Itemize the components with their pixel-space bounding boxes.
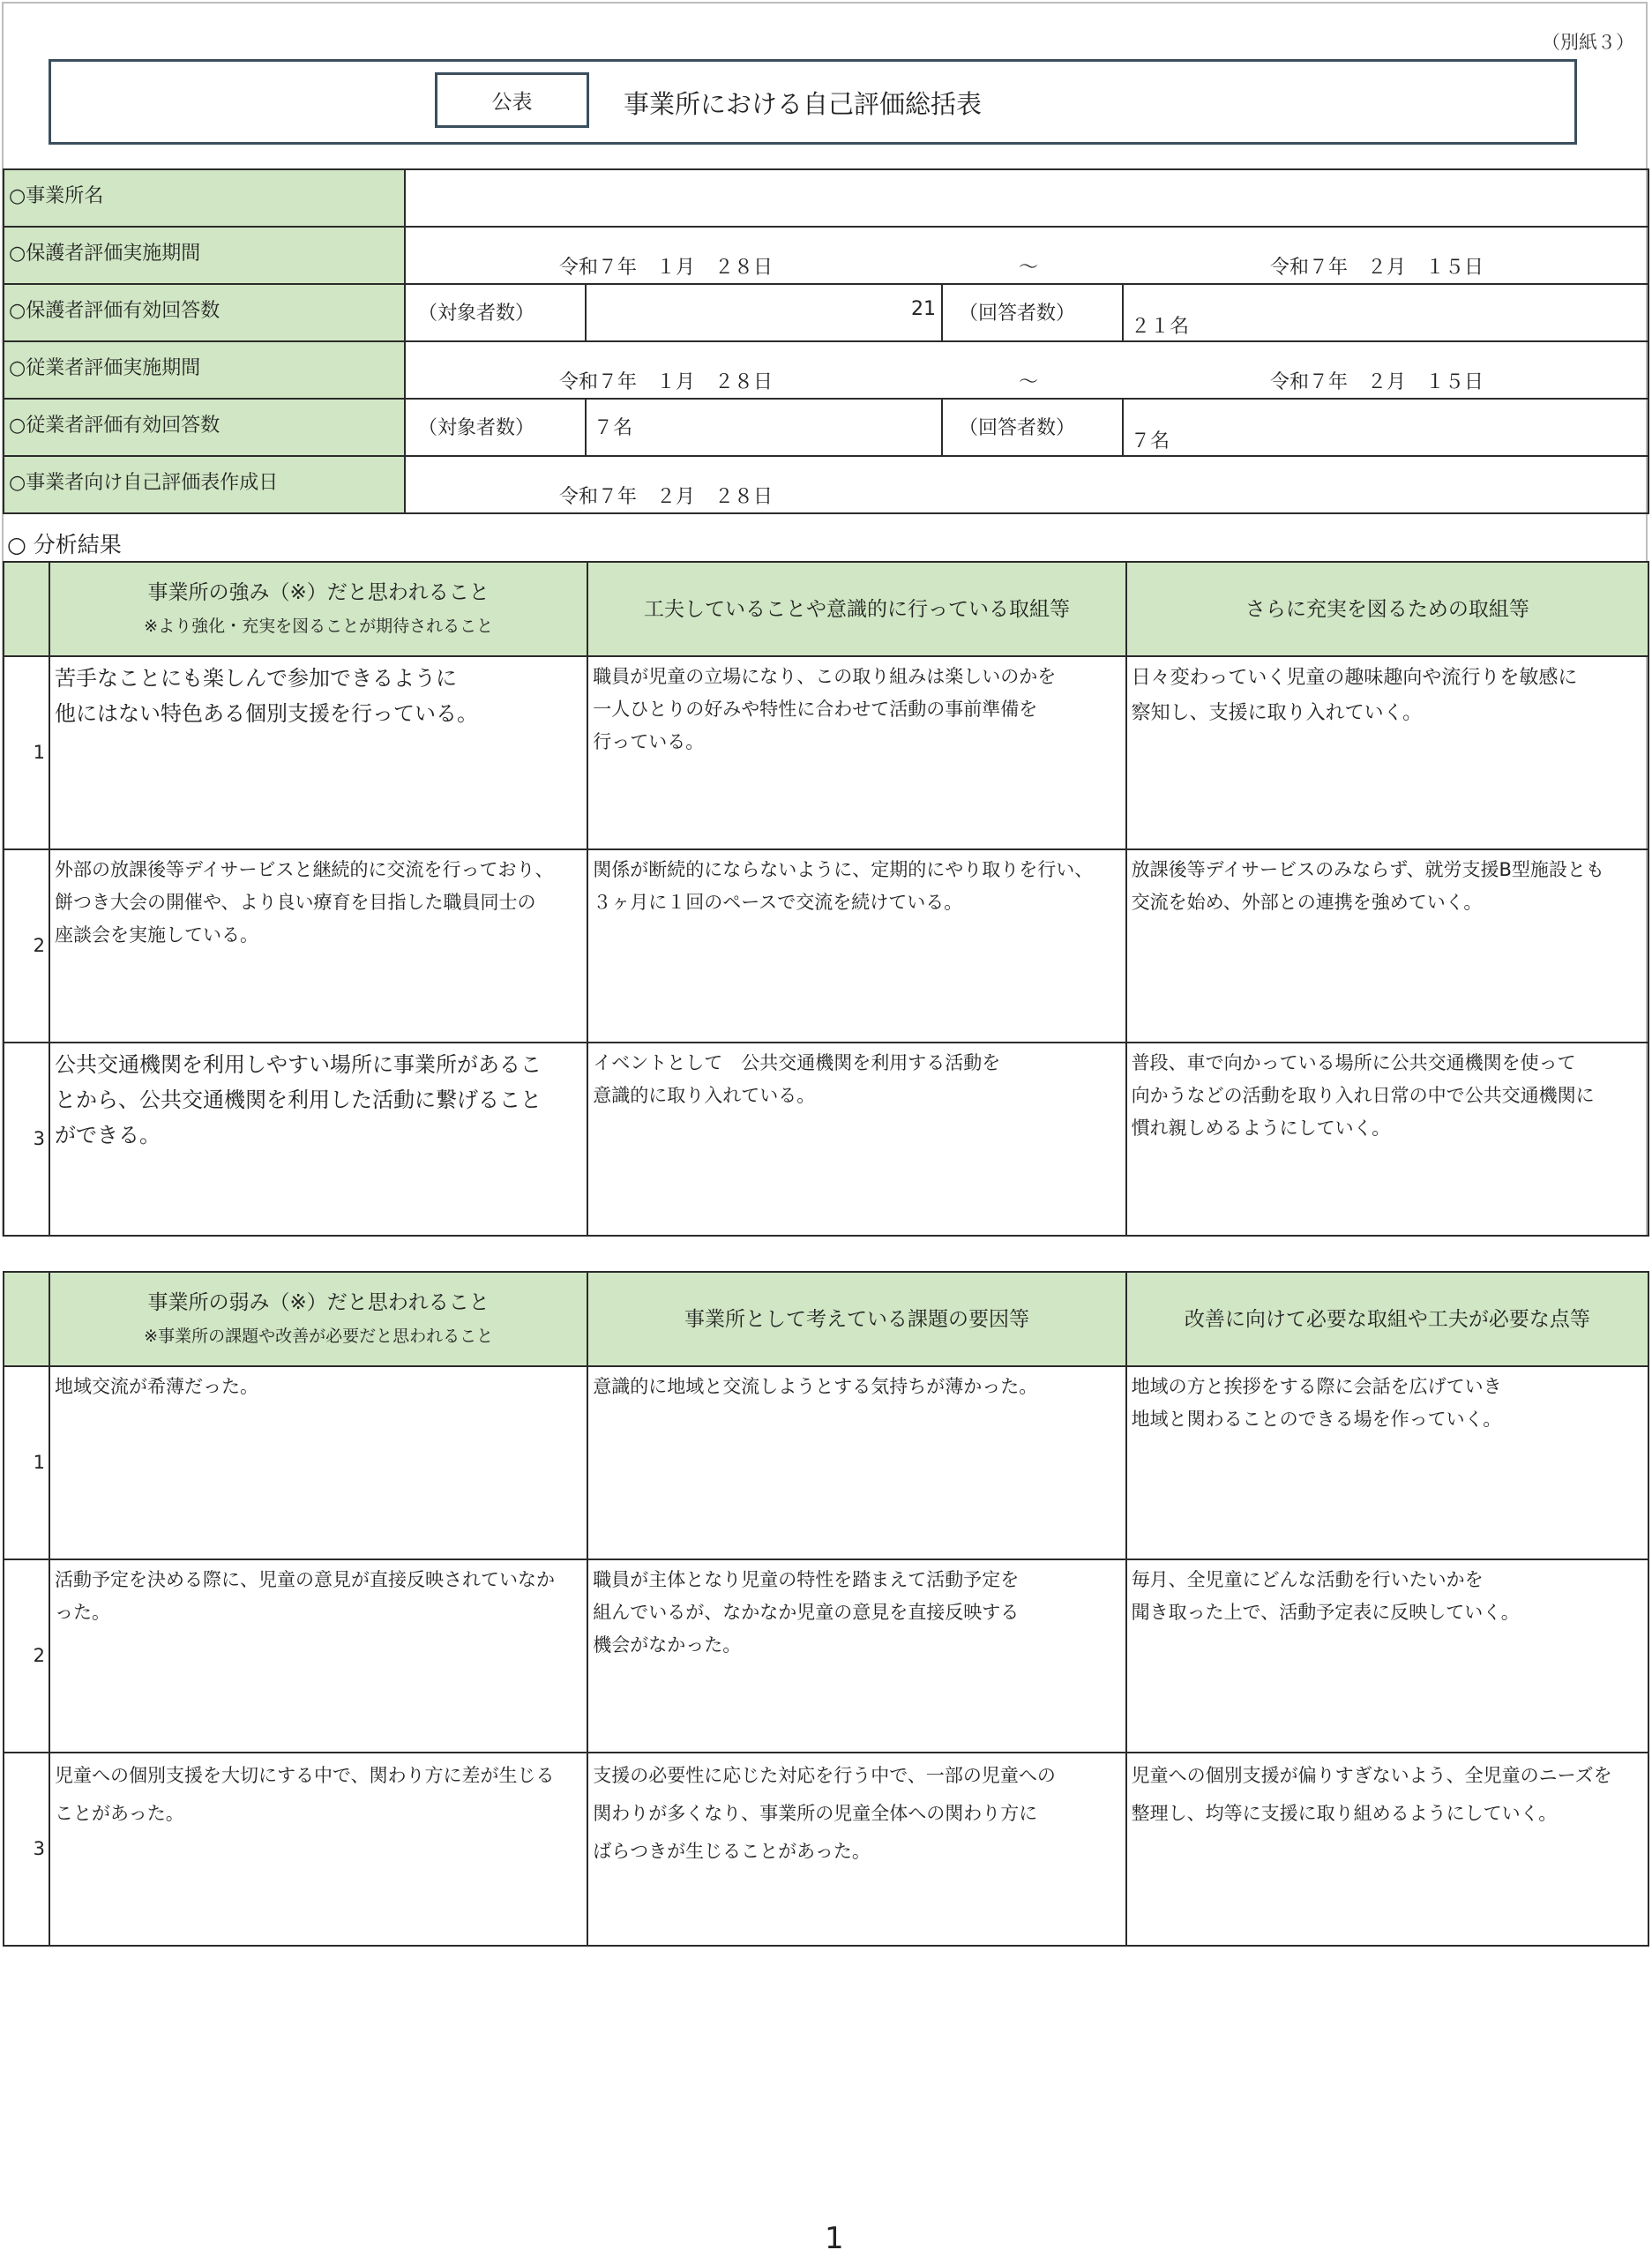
row-guardian-responses: ○保護者評価有効回答数 （対象者数） 21 （回答者数） ２１名 (4, 284, 1648, 341)
weaknesses-col3-title: 改善に向けて必要な取組や工夫が必要な点等 (1127, 1303, 1648, 1336)
row-index: 1 (4, 1366, 49, 1559)
staff-period-start: 令和７年 １月 ２８日 (559, 367, 773, 394)
row-office-name: ○事業所名 (4, 169, 1648, 227)
table-row: 1 地域交流が希薄だった。 意識的に地域と交流しようとする気持ちが薄かった。 地… (4, 1366, 1648, 1559)
weakness-improvement-text: 地域の方と挨拶をする際に会話を広げていき 地域と関わることのできる場を作っていく… (1126, 1366, 1648, 1559)
tilde: ～ (1019, 367, 1038, 394)
page-number: 1 (825, 2221, 844, 2250)
table-row: 2 外部の放課後等デイサービスと継続的に交流を行っており、 餅つき大会の開催や、… (4, 849, 1648, 1043)
office-name-label: ○事業所名 (4, 169, 405, 227)
guardian-period-label: ○保護者評価実施期間 (4, 227, 405, 284)
row-index: 2 (4, 849, 49, 1043)
document-title: 事業所における自己評価総括表 (624, 85, 982, 121)
table-row: 3 児童への個別支援を大切にする中で、関わり方に差が生じる ことがあった。 支援… (4, 1753, 1648, 1946)
weakness-cause-text: 支援の必要性に応じた対応を行う中で、一部の児童への 関わりが多くなり、事業所の児… (587, 1753, 1125, 1946)
row-staff-responses: ○従業者評価有効回答数 （対象者数） ７名 （回答者数） ７名 (4, 399, 1648, 456)
strengths-header-row: 事業所の強み（※）だと思われること ※より強化・充実を図ることが期待されること … (4, 562, 1648, 656)
staff-respondent-label: （回答者数） (942, 399, 1123, 456)
strength-text: 公共交通機関を利用しやすい場所に事業所があるこ とから、公共交通機関を利用した活… (49, 1043, 587, 1236)
row-index: 2 (4, 1559, 49, 1753)
strength-effort-text: 関係が断続的にならないように、定期的にやり取りを行い、 ３ヶ月に１回のペースで交… (587, 849, 1125, 1043)
strengths-col3-title: さらに充実を図るための取組等 (1127, 593, 1648, 626)
strengths-col3-header: さらに充実を図るための取組等 (1126, 562, 1648, 656)
guardian-period-value: 令和７年 １月 ２８日 ～ 令和７年 ２月 １５日 (405, 227, 1648, 284)
weaknesses-col1-header: 事業所の弱み（※）だと思われること ※事業所の課題や改善が必要だと思われること (49, 1272, 587, 1366)
strength-improvement-text: 放課後等デイサービスのみならず、就労支援B型施設とも 交流を始め、外部との連携を… (1126, 849, 1648, 1043)
row-staff-period: ○従業者評価実施期間 令和７年 １月 ２８日 ～ 令和７年 ２月 １５日 (4, 341, 1648, 399)
strength-effort-text: イベントとして 公共交通機関を利用する活動を 意識的に取り入れている。 (587, 1043, 1125, 1236)
staff-respondent-value: ７名 (1123, 399, 1648, 456)
index-header (4, 562, 49, 656)
weaknesses-col2-title: 事業所として考えている課題の要因等 (588, 1303, 1125, 1336)
strengths-col2-title: 工夫していることや意識的に行っている取組等 (588, 593, 1125, 626)
created-date-label: ○事業者向け自己評価表作成日 (4, 456, 405, 513)
strength-text: 外部の放課後等デイサービスと継続的に交流を行っており、 餅つき大会の開催や、より… (49, 849, 587, 1043)
weaknesses-col2-header: 事業所として考えている課題の要因等 (587, 1272, 1125, 1366)
table-row: 1 苦手なことにも楽しんで参加できるように 他にはない特色ある個別支援を行ってい… (4, 656, 1648, 849)
weakness-improvement-text: 児童への個別支援が偏りすぎないよう、全児童のニーズを 整理し、均等に支援に取り組… (1126, 1753, 1648, 1946)
weakness-text: 児童への個別支援を大切にする中で、関わり方に差が生じる ことがあった。 (49, 1753, 587, 1946)
guardian-target-label: （対象者数） (405, 284, 586, 341)
weaknesses-col3-header: 改善に向けて必要な取組や工夫が必要な点等 (1126, 1272, 1648, 1366)
row-guardian-period: ○保護者評価実施期間 令和７年 １月 ２８日 ～ 令和７年 ２月 １５日 (4, 227, 1648, 284)
guardian-period-end: 令和７年 ２月 １５日 (1270, 252, 1484, 280)
strengths-col1-title: 事業所の強み（※）だと思われること (50, 576, 587, 609)
weakness-improvement-text: 毎月、全児童にどんな活動を行いたいかを 聞き取った上で、活動予定表に反映していく… (1126, 1559, 1648, 1753)
weakness-cause-text: 職員が主体となり児童の特性を踏まえて活動予定を 組んでいるが、なかなか児童の意見… (587, 1559, 1125, 1753)
table-row: 3 公共交通機関を利用しやすい場所に事業所があるこ とから、公共交通機関を利用し… (4, 1043, 1648, 1236)
guardian-respondent-value: ２１名 (1123, 284, 1648, 341)
staff-target-label: （対象者数） (405, 399, 586, 456)
weaknesses-col1-title: 事業所の弱み（※）だと思われること (50, 1286, 587, 1319)
staff-period-end: 令和７年 ２月 １５日 (1270, 367, 1484, 394)
weakness-cause-text: 意識的に地域と交流しようとする気持ちが薄かった。 (587, 1366, 1125, 1559)
annex-label: （別紙３） (1542, 28, 1634, 55)
office-name-value (405, 169, 1648, 227)
strengths-col1-header: 事業所の強み（※）だと思われること ※より強化・充実を図ることが期待されること (49, 562, 587, 656)
weaknesses-table: 事業所の弱み（※）だと思われること ※事業所の課題や改善が必要だと思われること … (3, 1271, 1649, 1947)
strength-effort-text: 職員が児童の立場になり、この取り組みは楽しいのかを 一人ひとりの好みや特性に合わ… (587, 656, 1125, 849)
guardian-respondent-label: （回答者数） (942, 284, 1123, 341)
strength-improvement-text: 日々変わっていく児童の趣味趣向や流行りを敏感に 察知し、支援に取り入れていく。 (1126, 656, 1648, 849)
row-index: 3 (4, 1043, 49, 1236)
guardian-period-start: 令和７年 １月 ２８日 (559, 252, 773, 280)
guardian-responses-label: ○保護者評価有効回答数 (4, 284, 405, 341)
created-date-value: 令和７年 ２月 ２８日 (405, 456, 1648, 513)
weakness-text: 活動予定を決める際に、児童の意見が直接反映されていなか った。 (49, 1559, 587, 1753)
staff-period-label: ○従業者評価実施期間 (4, 341, 405, 399)
row-index: 1 (4, 656, 49, 849)
strengths-table: 事業所の強み（※）だと思われること ※より強化・充実を図ることが期待されること … (3, 561, 1649, 1237)
staff-responses-label: ○従業者評価有効回答数 (4, 399, 405, 456)
analysis-results-label: ○ 分析結果 (7, 527, 122, 559)
info-table: ○事業所名 ○保護者評価実施期間 令和７年 １月 ２８日 ～ 令和７年 ２月 １… (3, 168, 1649, 514)
table-row: 2 活動予定を決める際に、児童の意見が直接反映されていなか った。 職員が主体と… (4, 1559, 1648, 1753)
tilde: ～ (1019, 252, 1038, 280)
strengths-col1-note: ※より強化・充実を図ることが期待されること (50, 609, 587, 643)
row-created-date: ○事業者向け自己評価表作成日 令和７年 ２月 ２８日 (4, 456, 1648, 513)
staff-period-value: 令和７年 １月 ２８日 ～ 令和７年 ２月 １５日 (405, 341, 1648, 399)
strength-improvement-text: 普段、車で向かっている場所に公共交通機関を使って 向かうなどの活動を取り入れ日常… (1126, 1043, 1648, 1236)
index-header (4, 1272, 49, 1366)
created-date: 令和７年 ２月 ２８日 (559, 482, 773, 509)
staff-target-value: ７名 (586, 399, 942, 456)
row-index: 3 (4, 1753, 49, 1946)
guardian-target-value: 21 (586, 284, 942, 341)
weaknesses-col1-note: ※事業所の課題や改善が必要だと思われること (50, 1319, 587, 1353)
weakness-text: 地域交流が希薄だった。 (49, 1366, 587, 1559)
weaknesses-header-row: 事業所の弱み（※）だと思われること ※事業所の課題や改善が必要だと思われること … (4, 1272, 1648, 1366)
strengths-col2-header: 工夫していることや意識的に行っている取組等 (587, 562, 1125, 656)
strength-text: 苦手なことにも楽しんで参加できるように 他にはない特色ある個別支援を行っている。 (49, 656, 587, 849)
public-badge: 公表 (435, 72, 589, 128)
